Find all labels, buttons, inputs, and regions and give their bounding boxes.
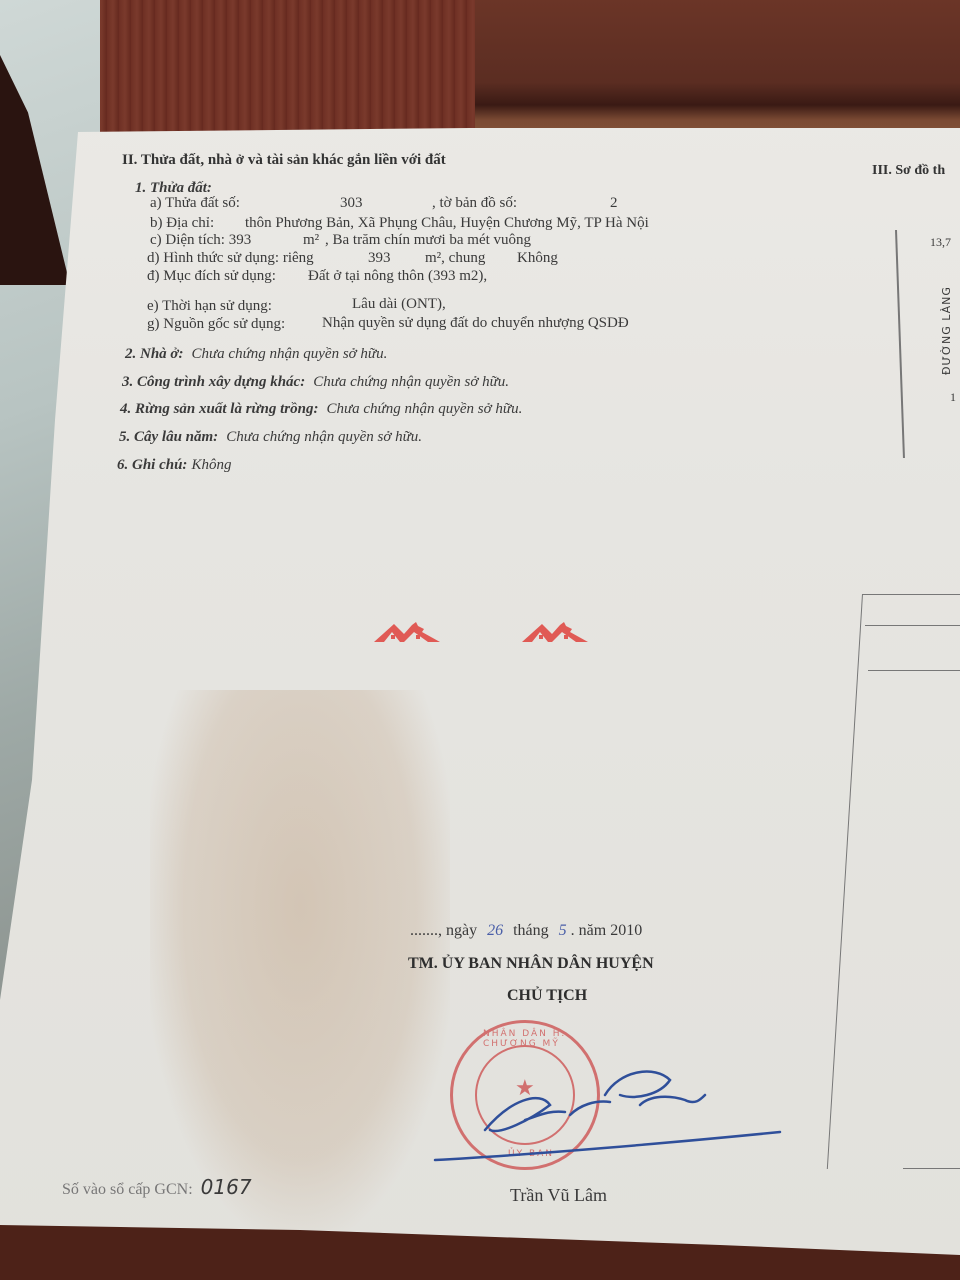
house-roof-icon <box>372 620 442 644</box>
item-value: Chưa chứng nhận quyền sở hữu. <box>326 401 522 417</box>
map-sheet-value: 2 <box>610 195 618 212</box>
house-roof-icon <box>520 620 590 644</box>
item-perennial-trees: 5. Cây lâu năm: Chưa chứng nhận quyền sở… <box>119 428 422 446</box>
parcel-number-value: 303 <box>340 195 363 212</box>
table-row-border <box>868 670 960 671</box>
authority-title: TM. ỦY BAN NHÂN DÂN HUYỆN <box>408 955 654 973</box>
wooden-furniture <box>95 0 475 135</box>
registry-label: Số vào sổ cấp GCN: <box>62 1181 193 1198</box>
date-day: 26 <box>487 922 503 939</box>
registry-value: 0167 <box>201 1175 252 1199</box>
chairman-title: CHỦ TỊCH <box>507 987 587 1005</box>
date-prefix: ......., ngày <box>410 922 477 939</box>
table-top-border <box>862 594 960 595</box>
term-value: Lâu dài (ONT), <box>352 296 446 313</box>
item-value: Chưa chứng nhận quyền sở hữu. <box>191 346 387 362</box>
usage-form-label: d) Hình thức sử dụng: riêng <box>147 250 314 267</box>
section-ii-title: II. Thửa đất, nhà ở và tài sản khác gắn … <box>122 152 446 169</box>
item-production-forest: 4. Rừng sản xuất là rừng trồng: Chưa chứ… <box>120 400 522 418</box>
usage-common-label: m², chung <box>425 250 485 267</box>
item-notes: 6. Ghi chú: Không <box>117 456 231 474</box>
address-value: thôn Phương Bản, Xã Phụng Châu, Huyện Ch… <box>245 215 649 232</box>
registry-number: Số vào sổ cấp GCN: 0167 <box>62 1175 252 1199</box>
dimension-top: 13,7 <box>930 235 951 250</box>
item-label: 3. Công trình xây dựng khác: <box>122 374 305 390</box>
signer-name: Trần Vũ Lâm <box>510 1185 607 1206</box>
item-label: 5. Cây lâu năm: <box>119 429 218 445</box>
item-label: 2. Nhà ở: <box>125 346 183 362</box>
usage-common-value: Không <box>517 250 558 267</box>
item-value: Chưa chứng nhận quyền sở hữu. <box>313 374 509 390</box>
date-month: 5 <box>559 922 567 939</box>
handwritten-signature <box>430 1060 790 1170</box>
table-bottom-border <box>903 1168 960 1169</box>
map-sheet-label: , tờ bản đồ số: <box>432 195 517 212</box>
issue-date: ......., ngày 26 tháng 5 . năm 2010 <box>410 922 642 940</box>
parcel-number-label: a) Thửa đất số: <box>150 195 240 212</box>
address-label: b) Địa chỉ: <box>150 215 214 232</box>
item-house: 2. Nhà ở: Chưa chứng nhận quyền sở hữu. <box>125 345 387 363</box>
item-label: 4. Rừng sản xuất là rừng trồng: <box>120 401 318 417</box>
item-value: Không <box>191 457 231 473</box>
date-year: . năm 2010 <box>571 922 643 939</box>
item-other-construction: 3. Công trình xây dựng khác: Chưa chứng … <box>122 373 509 391</box>
usage-private-value: 393 <box>368 250 391 267</box>
date-month-label: tháng <box>513 922 549 939</box>
section-iii-title: III. Sơ đồ th <box>872 163 945 179</box>
road-label: ĐƯỜNG LÀNG <box>940 286 953 375</box>
item-label: 6. Ghi chú: <box>117 457 187 473</box>
item-value: Chưa chứng nhận quyền sở hữu. <box>226 429 422 445</box>
dimension-bottom: 1 <box>950 390 956 405</box>
area-label: c) Diện tích: 393 <box>150 232 251 249</box>
area-in-words: , Ba trăm chín mươi ba mét vuông <box>325 232 531 249</box>
term-label: e) Thời hạn sử dụng: <box>147 298 272 315</box>
phone-shadow <box>150 690 450 1230</box>
table-row-border <box>865 625 960 626</box>
purpose-label: đ) Mục đích sử dụng: <box>147 268 276 285</box>
stamp-text-top: NHÂN DÂN H. CHƯƠNG MỸ <box>483 1029 597 1049</box>
origin-label: g) Nguồn gốc sử dụng: <box>147 316 285 333</box>
purpose-value: Đất ở tại nông thôn (393 m2), <box>308 268 487 285</box>
area-unit: m² <box>303 232 319 249</box>
origin-value: Nhận quyền sử dụng đất do chuyển nhượng … <box>322 315 629 332</box>
